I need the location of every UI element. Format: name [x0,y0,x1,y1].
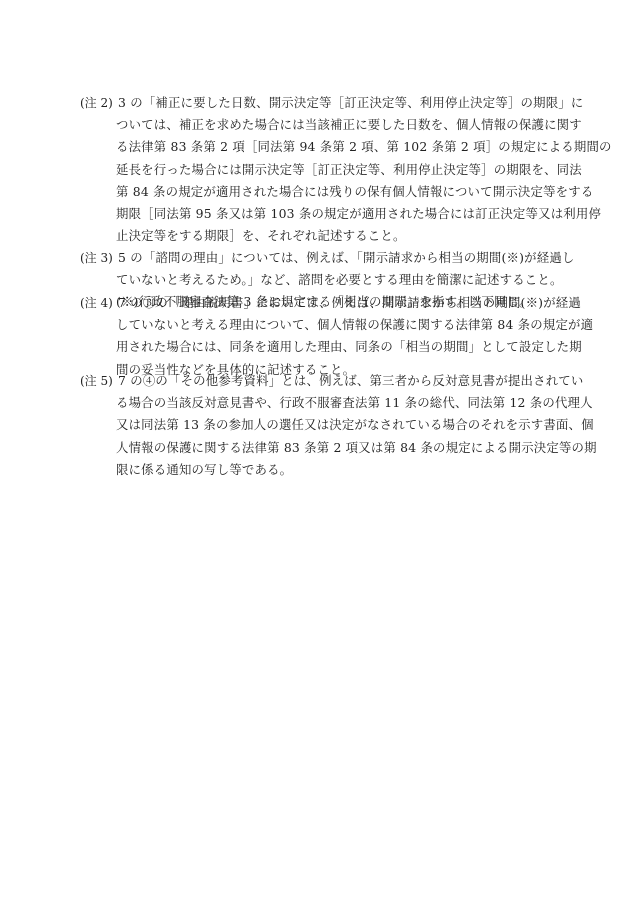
document-page: (注 2) 3 の「補正に要した日数、開示決定等［訂正決定等、利用停止決定等］の… [0,0,630,903]
note-line: 又は同法第 13 条の参加人の選任又は決定がなされている場合のそれを示す書面、個 [80,414,560,436]
note-line: 人情報の保護に関する法律第 83 条第 2 項又は第 84 条の規定による開示決… [80,437,560,459]
note-label: (注 4) [80,292,113,314]
note-4: (注 4) 7 の③の「理由説明書」においては、例えば、開示請求から相当の期間(… [80,292,560,381]
note-line: 5 の「諮問の理由」については、例えば、「開示請求から相当の期間(※)が経過し [80,247,560,269]
note-line: る場合の当該反対意見書や、行政不服審査法第 11 条の総代、同法第 12 条の代… [80,392,560,414]
note-line: 期限［同法第 95 条又は第 103 条の規定が適用された場合には訂正決定等又は… [80,203,560,225]
note-line: 止決定等をする期限］を、それぞれ記述すること。 [80,225,560,247]
note-2: (注 2) 3 の「補正に要した日数、開示決定等［訂正決定等、利用停止決定等］の… [80,92,560,247]
note-line: 3 の「補正に要した日数、開示決定等［訂正決定等、利用停止決定等］の期限」に [80,92,560,114]
note-line: 限に係る通知の写し等である。 [80,459,560,481]
note-label: (注 5) [80,370,113,392]
note-line: ついては、補正を求めた場合には当該補正に要した日数を、個人情報の保護に関す [80,114,560,136]
note-line: していないと考える理由について、個人情報の保護に関する法律第 84 条の規定が適 [80,314,560,336]
note-line: 7 の③の「理由説明書」においては、例えば、開示請求から相当の期間(※)が経過 [80,292,560,314]
note-label: (注 2) [80,92,113,114]
note-line: 7 の④の「その他参考資料」とは、例えば、第三者から反対意見書が提出されてい [80,370,560,392]
note-line: 用された場合には、同条を適用した理由、同条の「相当の期間」として設定した期 [80,336,560,358]
note-line: る法律第 83 条第 2 項［同法第 94 条第 2 項、第 102 条第 2 … [80,136,560,158]
note-5: (注 5) 7 の④の「その他参考資料」とは、例えば、第三者から反対意見書が提出… [80,370,560,481]
note-line: ていないと考えるため。」など、諮問を必要とする理由を簡潔に記述すること。 [80,269,560,291]
note-line: 第 84 条の規定が適用された場合には残りの保有個人情報について開示決定等をする [80,181,560,203]
note-line: 延長を行った場合には開示決定等［訂正決定等、利用停止決定等］の期限を、同法 [80,159,560,181]
note-label: (注 3) [80,247,113,269]
